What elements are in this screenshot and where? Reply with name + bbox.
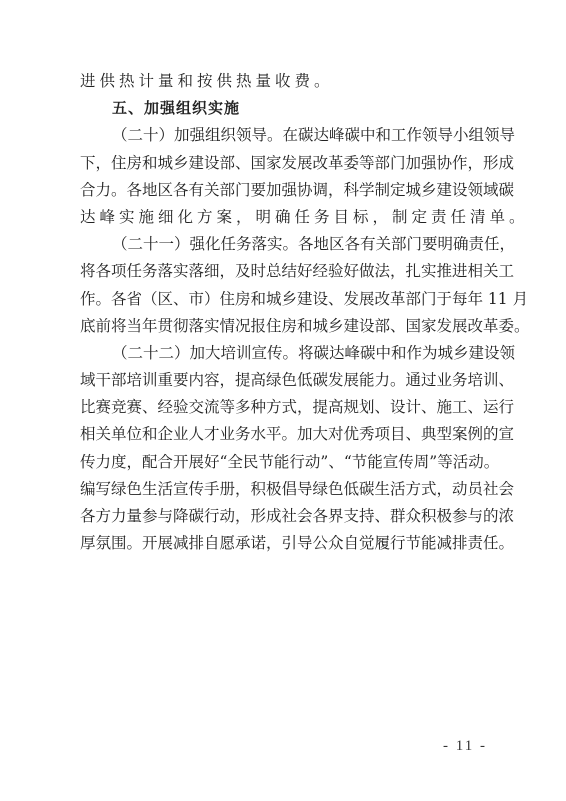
paragraph-line: 达峰实施细化方案，明确任务目标，制定责任清单。 [80,204,486,231]
document-body: 进供热计量和按供热量收费。 五、加强组织实施 （二十）加强组织领导。在碳达峰碳中… [80,68,486,557]
page-number: - 11 - [443,738,487,755]
paragraph-line: 比赛竞赛、经验交流等多种方式，提高规划、设计、施工、运行 [80,394,486,421]
paragraph-line: 底前将当年贯彻落实情况报住房和城乡建设部、国家发展改革委。 [80,313,486,340]
paragraph-line: 进供热计量和按供热量收费。 [80,68,486,95]
paragraph-line: 下，住房和城乡建设部、国家发展改革委等部门加强协作，形成 [80,150,486,177]
paragraph-line: 厚氛围。开展减排自愿承诺，引导公众自觉履行节能减排责任。 [80,530,486,557]
paragraph-line: 各方力量参与降碳行动，形成社会各界支持、群众积极参与的浓 [80,503,486,530]
paragraph-line: 将各项任务落实落细，及时总结好经验好做法，扎实推进相关工 [80,258,486,285]
paragraph-line: （二十二）加大培训宣传。将碳达峰碳中和作为城乡建设领 [80,340,486,367]
section-heading: 五、加强组织实施 [80,95,486,122]
document-page: 进供热计量和按供热量收费。 五、加强组织实施 （二十）加强组织领导。在碳达峰碳中… [0,0,566,801]
paragraph-line: （二十一）强化任务落实。各地区各有关部门要明确责任， [80,231,486,258]
paragraph-line: （二十）加强组织领导。在碳达峰碳中和工作领导小组领导 [80,122,486,149]
paragraph-line: 相关单位和企业人才业务水平。加大对优秀项目、典型案例的宣 [80,421,486,448]
paragraph-line: 传力度，配合开展好“全民节能行动”、“节能宣传周”等活动。 [80,449,486,476]
paragraph-line: 合力。各地区各有关部门要加强协调，科学制定城乡建设领域碳 [80,177,486,204]
paragraph-line: 作。各省（区、市）住房和城乡建设、发展改革部门于每年 11 月 [80,286,486,313]
paragraph-line: 编写绿色生活宣传手册，积极倡导绿色低碳生活方式，动员社会 [80,476,486,503]
paragraph-line: 域干部培训重要内容，提高绿色低碳发展能力。通过业务培训、 [80,367,486,394]
